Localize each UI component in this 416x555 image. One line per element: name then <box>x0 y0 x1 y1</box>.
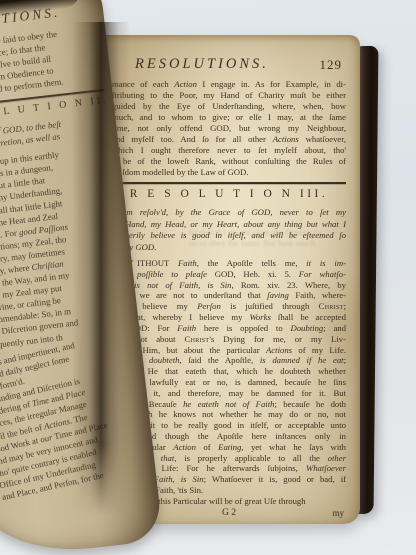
text-line: Wiſdom modelled by the Law of GOD. <box>112 167 346 178</box>
text-line: by I believe my Perſon is juſtified thro… <box>112 301 346 312</box>
catchword: my <box>332 508 344 518</box>
text-line: it be of the loweſt Rank, without conſul… <box>112 156 346 167</box>
text-line: Hand, my Head, or my Heart, about any th… <box>112 219 346 230</box>
page-number: 129 <box>320 57 343 73</box>
running-header-title: RESOLUTIONS. <box>112 56 292 73</box>
text-line: mance of each Action I engage in. As for… <box>112 79 346 90</box>
text-line: Faith, we are not to underſtand that ſav… <box>112 290 346 301</box>
text-line: by GOD: For Faith here is oppoſed to Dou… <box>112 323 346 334</box>
text-line: much, and to whom to give; or elſe I may… <box>112 112 346 123</box>
text-line: ever is not of Faith, is Sin, Rom. xiv. … <box>112 280 346 291</box>
text-line: ITHOUT Faith, the Apoſtle tells me, it i… <box>112 258 346 269</box>
text-line: which I ought therefore never to ſet myſ… <box>112 145 346 156</box>
text-line: guided by the Eye of Underſtanding, wher… <box>112 101 346 112</box>
text-line: and myſelf too. And ſo for all other Act… <box>112 134 346 145</box>
text-line: verily believe is good in itſelf, and wi… <box>112 230 346 241</box>
section-divider-rule <box>112 182 346 184</box>
text-line: ſtributing to the Poor, my Hand of Chari… <box>112 90 346 101</box>
section-heading: R E S O L U T I O N III. <box>112 188 346 200</box>
left-body-paragraph: t I am penned up in this earthlyI live a… <box>0 141 146 353</box>
text-line: time, not only offend GOD, but wrong my … <box>112 123 346 134</box>
resolution-epigraph: I am reſolv'd, by the Grace of GOD, neve… <box>112 207 346 253</box>
text-line: I am reſolv'd, by the Grace of GOD, neve… <box>112 207 346 218</box>
left-body-paragraph-lower: needleſs and impertinent, andted; and da… <box>0 323 175 503</box>
text-line: by GOD. <box>112 242 346 253</box>
running-header: RESOLUTIONS. 129 <box>112 56 346 74</box>
paragraph-continuation: mance of each Action I engage in. As for… <box>112 79 346 177</box>
book-photo: So that if I do not obey the former, ſon… <box>0 0 416 555</box>
text-line: poſſible to pleaſe GOD, Heb. xi. 5. For … <box>112 269 346 280</box>
text-line: but that, whereby I believe my Works ſha… <box>112 312 346 323</box>
